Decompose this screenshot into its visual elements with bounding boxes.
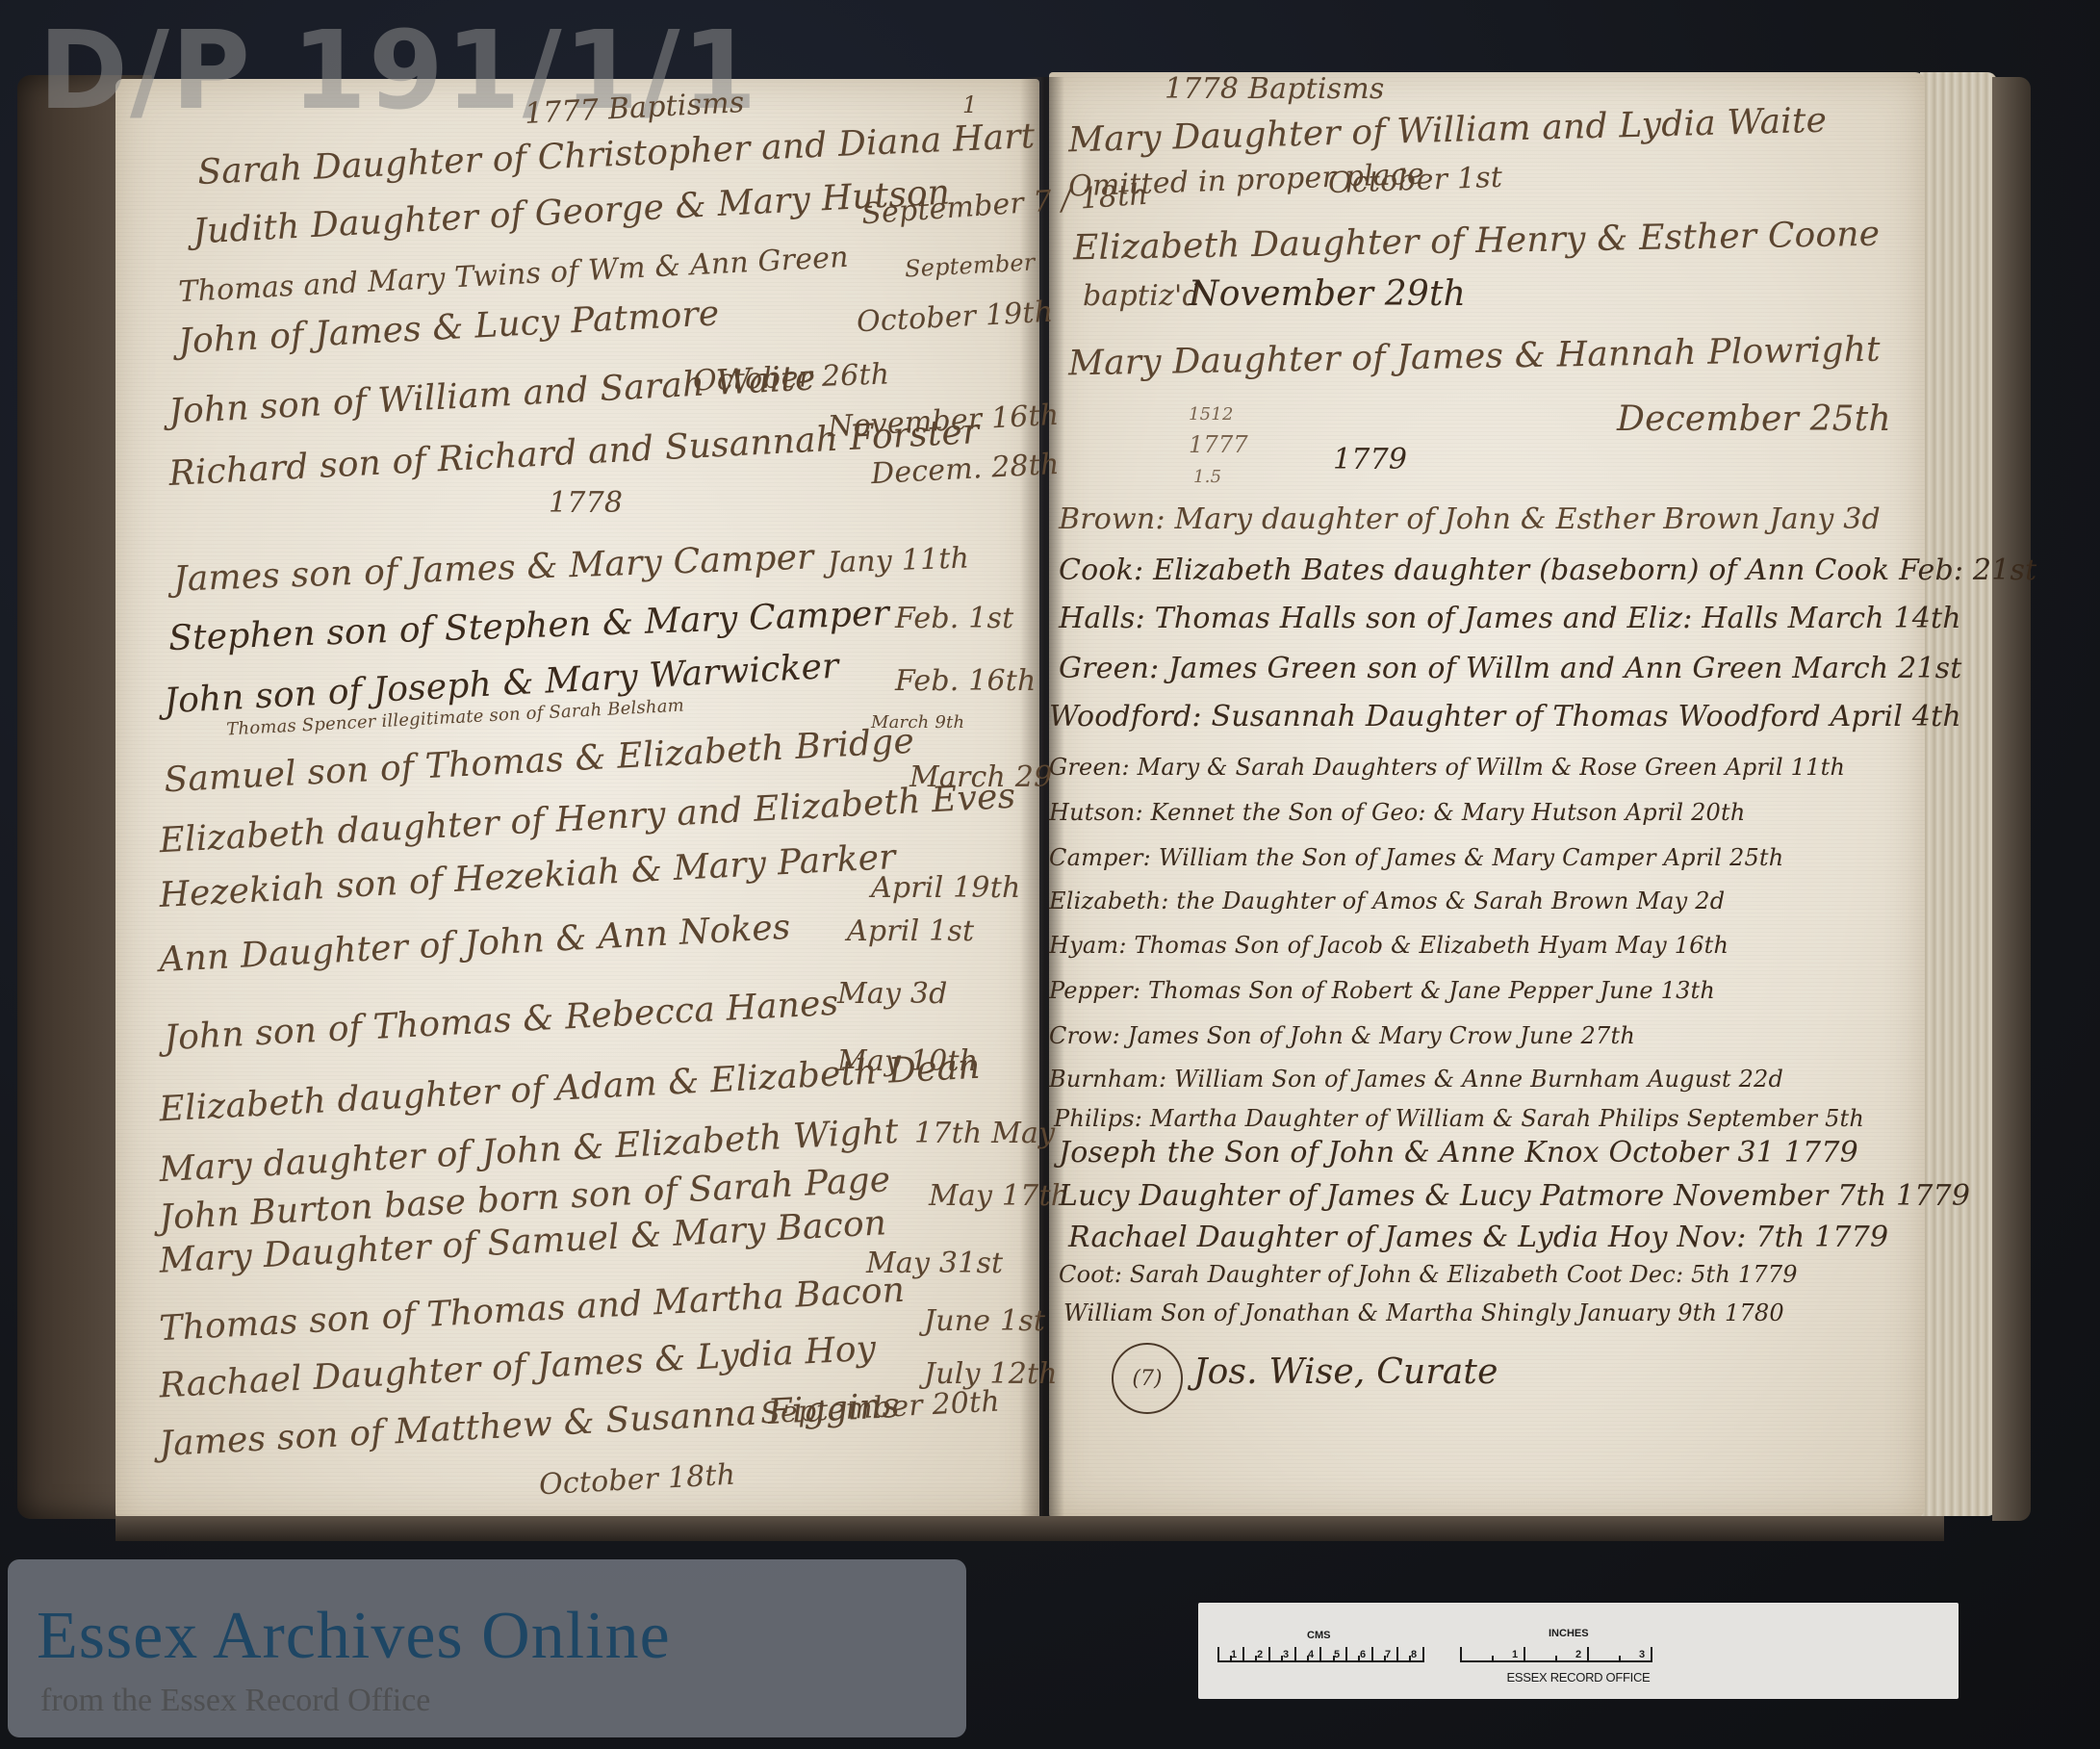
scale-bar-card: 1 2 3 4 5 6 7 8 CMS 1 2 3 INCHES ESSEX R…	[1198, 1603, 1959, 1699]
page-edges-right	[1920, 72, 1997, 1516]
entry-1778-1-date: Feb. 1st	[895, 602, 1013, 635]
right-page-header: 1778 Baptisms	[1165, 72, 1385, 106]
entry-1779-8-surname: Elizabeth:	[1049, 887, 1169, 914]
entry-1779-0-text: Mary daughter of John & Esther Brown	[1175, 502, 1760, 536]
entry-1779-10-text: Thomas Son of Robert & Jane Pepper	[1148, 977, 1592, 1004]
entry-1779-6-surname: Hutson:	[1049, 799, 1143, 826]
entry-1779-12-date: August 22d	[1648, 1066, 1783, 1093]
entry-1779-10-date: June 13th	[1600, 977, 1715, 1004]
entry-1779-4: Woodford: Susannah Daughter of Thomas Wo…	[1049, 700, 1961, 733]
entry-1779-0: Brown: Mary daughter of John & Esther Br…	[1059, 502, 1881, 536]
essex-archives-logo: Essex Archives Online from the Essex Rec…	[8, 1559, 966, 1737]
entry-1779-1: Cook: Elizabeth Bates daughter (baseborn…	[1059, 553, 2036, 587]
entry-1779-4-date: April 4th	[1831, 700, 1961, 733]
entry-1779-5-text: Mary & Sarah Daughters of Willm & Rose G…	[1138, 754, 1718, 781]
logo-title: Essex Archives Online	[37, 1598, 671, 1675]
entry-1779-2-date: March 14th	[1788, 602, 1961, 635]
entry-1779-14-date: October 31 1779	[1609, 1136, 1858, 1170]
entry-1779-16-date: Nov: 7th 1779	[1677, 1221, 1888, 1254]
entry-1779-16: Rachael Daughter of James & Lydia Hoy No…	[1068, 1221, 1888, 1254]
entry-1779-3: Green: James Green son of Willm and Ann …	[1059, 652, 1962, 685]
margin-calc-1: 1777	[1189, 431, 1248, 458]
year-1778-label: 1778	[549, 486, 623, 520]
entry-1779-11-text: James Son of John & Mary Crow	[1128, 1022, 1513, 1049]
entry-1779-9-surname: Hyam:	[1049, 932, 1127, 959]
entry-1779-5-date: April 11th	[1725, 754, 1845, 781]
entry-1779-13-text: Martha Daughter of William & Sarah Phili…	[1150, 1105, 1679, 1132]
entry-1779-1-surname: Cook:	[1059, 553, 1143, 587]
entry-1779-3-text: James Green son of Willm and Ann Green	[1168, 652, 1782, 685]
entry-1779-12-surname: Burnham:	[1049, 1066, 1166, 1093]
entry-1779-0-surname: Brown:	[1059, 502, 1165, 536]
cms-ruler: 1 2 3 4 5 6 7 8 CMS	[1217, 1635, 1424, 1662]
entry-1779-2-text: Thomas Halls son of James and Eliz: Hall…	[1155, 602, 1779, 635]
entry-1779-2-surname: Halls:	[1059, 602, 1145, 635]
entry-1779-15-date: November 7th 1779	[1674, 1179, 1970, 1213]
entry-1778-12-date: June 1st	[924, 1304, 1045, 1338]
entry-1779-17-text: Sarah Daughter of John & Elizabeth Coot	[1130, 1261, 1623, 1288]
entry-1779-17-date: Dec: 5th 1779	[1629, 1261, 1797, 1288]
curate-signature: Jos. Wise, Curate	[1193, 1352, 1498, 1392]
entry-1779-1-date: Feb: 21st	[1899, 553, 2036, 587]
entry-1778-7-date: May 3d	[837, 977, 948, 1011]
entry-1779-11-surname: Crow:	[1049, 1022, 1120, 1049]
entry-1779-1-text: Elizabeth Bates daughter (baseborn) of A…	[1153, 553, 1889, 587]
entry-1778-10-date: May 17th	[929, 1179, 1069, 1213]
entry-1779-8: Elizabeth: the Daughter of Amos & Sarah …	[1049, 887, 1725, 914]
entry-1779-15: Lucy Daughter of James & Lucy Patmore No…	[1059, 1179, 1970, 1213]
entry-1779-10-surname: Pepper:	[1049, 977, 1140, 1004]
entry-1777-4-date: October 26th	[692, 357, 889, 398]
entry-1779-4-surname: Woodford:	[1049, 700, 1202, 733]
margin-calc-0: 1512	[1189, 404, 1234, 424]
entry-1779-18: William Son of Jonathan & Martha Shingly…	[1063, 1299, 1784, 1326]
entry-1779-6-date: April 20th	[1626, 799, 1746, 826]
entry-r1778-2-date: December 25th	[1617, 399, 1891, 439]
entry-r1778-0-date: October 1st	[1327, 161, 1502, 200]
entry-1779-13-surname: Philips:	[1054, 1105, 1142, 1132]
entry-1779-5: Green: Mary & Sarah Daughters of Willm &…	[1049, 754, 1845, 781]
entry-1779-9-date: May 16th	[1616, 932, 1729, 959]
entry-r1778-1-note: baptiz'd	[1083, 279, 1201, 313]
entry-1779-2: Halls: Thomas Halls son of James and Eli…	[1059, 602, 1961, 635]
entry-1779-0-date: Jany 3d	[1769, 502, 1880, 536]
cms-label: CMS	[1307, 1630, 1330, 1641]
entry-1779-14: Joseph the Son of John & Anne Knox Octob…	[1059, 1136, 1858, 1170]
entry-1779-11-date: June 27th	[1520, 1022, 1635, 1049]
entry-r1778-1-date: November 29th	[1189, 274, 1466, 314]
entry-1779-3-surname: Green:	[1059, 652, 1159, 685]
logo-subtitle: from the Essex Record Office	[40, 1683, 430, 1719]
entry-1779-17-surname: Coot:	[1059, 1261, 1122, 1288]
entry-1778-9-date: 17th May	[914, 1117, 1055, 1150]
entry-1779-12-text: William Son of James & Anne Burnham	[1174, 1066, 1640, 1093]
book-bottom-edge	[115, 1516, 1944, 1541]
left-page-header-mark: 1	[962, 91, 977, 118]
entry-1779-9-text: Thomas Son of Jacob & Elizabeth Hyam	[1134, 932, 1608, 959]
entry-1779-6-text: Kennet the Son of Geo: & Mary Hutson	[1151, 799, 1618, 826]
entry-1779-3-date: March 21st	[1792, 652, 1961, 685]
entry-1779-13-date: September 5th	[1687, 1105, 1864, 1132]
inches-ruler: 1 2 3 INCHES	[1460, 1635, 1652, 1662]
entry-1779-18-date: January 9th 1780	[1578, 1299, 1784, 1326]
entry-1779-7-surname: Camper:	[1049, 844, 1151, 871]
entry-1779-16-text: Rachael Daughter of James & Lydia Hoy	[1068, 1221, 1668, 1254]
entry-1779-11: Crow: James Son of John & Mary Crow June…	[1049, 1022, 1635, 1049]
entry-1779-4-text: Susannah Daughter of Thomas Woodford	[1212, 700, 1821, 733]
entry-1778-6-date: April 1st	[847, 914, 974, 948]
entry-1778-0-date: Jany 11th	[827, 541, 969, 579]
folio-mark-icon: (7)	[1112, 1343, 1183, 1414]
entry-1779-10: Pepper: Thomas Son of Robert & Jane Pepp…	[1049, 977, 1715, 1004]
margin-calc-2: 1.5	[1193, 467, 1221, 487]
entry-1779-6: Hutson: Kennet the Son of Geo: & Mary Hu…	[1049, 799, 1746, 826]
entry-1779-8-text: the Daughter of Amos & Sarah Brown	[1176, 887, 1628, 914]
entry-1779-7: Camper: William the Son of James & Mary …	[1049, 844, 1783, 871]
entry-1779-17: Coot: Sarah Daughter of John & Elizabeth…	[1059, 1261, 1798, 1288]
entry-1779-15-text: Lucy Daughter of James & Lucy Patmore	[1059, 1179, 1664, 1213]
entry-1779-14-text: Joseph the Son of John & Anne Knox	[1059, 1136, 1600, 1170]
inches-label: INCHES	[1549, 1628, 1589, 1639]
entry-1778-2-date: Feb. 16th	[895, 664, 1037, 698]
entry-1779-18-text: William Son of Jonathan & Martha Shingly	[1063, 1299, 1571, 1326]
year-1779-label: 1779	[1333, 443, 1407, 476]
record-office-label: ESSEX RECORD OFFICE	[1198, 1670, 1959, 1685]
entry-1779-7-text: William the Son of James & Mary Camper	[1159, 844, 1656, 871]
entry-1779-9: Hyam: Thomas Son of Jacob & Elizabeth Hy…	[1049, 932, 1729, 959]
entry-1779-8-date: May 2d	[1636, 887, 1725, 914]
entry-1779-7-date: April 25th	[1664, 844, 1784, 871]
entry-1779-13: Philips: Martha Daughter of William & Sa…	[1054, 1105, 1864, 1132]
entry-1779-5-surname: Green:	[1049, 754, 1130, 781]
book-cover-right	[1992, 77, 2031, 1521]
entry-1779-12: Burnham: William Son of James & Anne Bur…	[1049, 1066, 1783, 1093]
